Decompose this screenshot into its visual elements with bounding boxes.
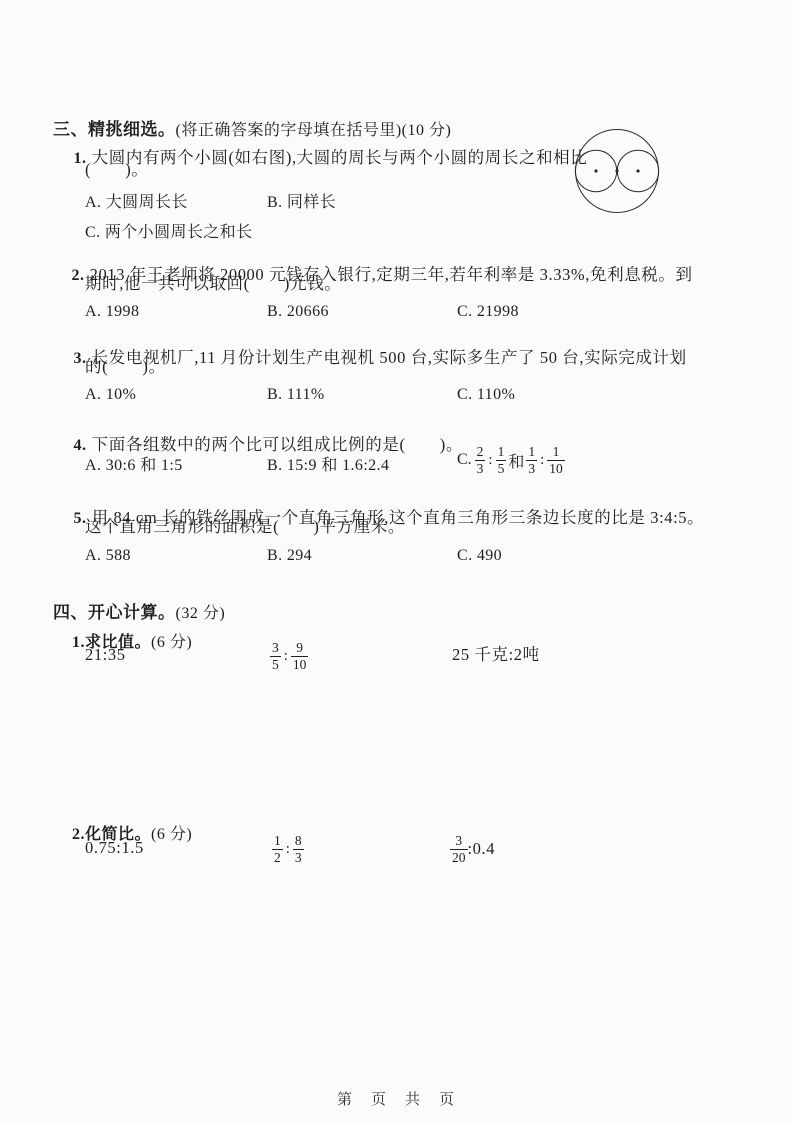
question-3-line-2: 的( )。 <box>85 358 166 377</box>
ratio-rest: :0.4 <box>468 840 496 859</box>
question-2-line-2: 期时,他一共可以取回( )元钱。 <box>85 275 341 294</box>
and-word: 和 <box>506 449 526 472</box>
fraction-1-5: 15 <box>496 444 507 477</box>
fraction-numerator: 9 <box>291 640 309 656</box>
fraction-numerator: 1 <box>547 444 565 460</box>
fraction-numerator: 2 <box>475 444 486 460</box>
subsection-2-note: (6 分) <box>151 826 192 843</box>
fraction-denominator: 3 <box>526 460 537 477</box>
subsection-1-header: 1.求比值。(6 分) <box>64 611 192 652</box>
center-dot-left <box>594 169 597 172</box>
question-3-option-b: B. 111% <box>267 386 325 404</box>
question-3-text: 长发电视机厂,11 月份计划生产电视机 500 台,实际多生产了 50 台,实际… <box>92 348 687 367</box>
ratio-colon: : <box>537 452 547 469</box>
fraction-1-10: 110 <box>547 444 565 477</box>
fraction-numerator: 1 <box>272 833 283 849</box>
question-3-option-c: C. 110% <box>457 386 515 404</box>
ratio-colon: : <box>281 648 291 665</box>
question-4-option-a: A. 30:6 和 1:5 <box>85 452 183 475</box>
fraction-denominator: 10 <box>547 460 565 477</box>
fraction-numerator: 1 <box>496 444 507 460</box>
question-2-option-b: B. 20666 <box>267 303 329 321</box>
question-1-option-a: A. 大圆周长长 <box>85 189 188 212</box>
center-dot-middle <box>615 169 618 172</box>
question-4-option-b: B. 15:9 和 1.6:2.4 <box>267 452 389 475</box>
ratio-colon: : <box>485 452 495 469</box>
fraction-numerator: 8 <box>293 833 304 849</box>
question-1-option-b: B. 同样长 <box>267 189 336 212</box>
simplify-item-decimal: 0.75:1.5 <box>85 839 144 858</box>
question-2-option-c: C. 21998 <box>457 303 519 321</box>
question-2-option-a: A. 1998 <box>85 303 139 321</box>
question-1-line-2: ( )。 <box>85 161 149 180</box>
option-c-label: C. <box>457 451 472 469</box>
fraction-1-3: 13 <box>526 444 537 477</box>
fraction-denominator: 2 <box>272 849 283 866</box>
fraction-3-20: 320 <box>450 833 468 866</box>
question-3-option-a: A. 10% <box>85 386 136 404</box>
fraction-denominator: 5 <box>496 460 507 477</box>
question-5-line-2: 这个直角三角形的面积是( )平方厘米。 <box>85 518 405 537</box>
fraction-numerator: 1 <box>526 444 537 460</box>
question-1-text: 大圆内有两个小圆(如右图),大圆的周长与两个小圆的周长之和相比 <box>92 148 588 167</box>
simplify-item-mixed: 320 :0.4 <box>450 830 495 868</box>
question-4-option-c: C. 23 : 15 和 13 : 110 <box>457 441 565 479</box>
fraction-denominator: 3 <box>475 460 486 477</box>
question-5-option-a: A. 588 <box>85 547 131 565</box>
fraction-1-2: 12 <box>272 833 283 866</box>
ratio-item-21-35: 21:35 <box>85 646 126 665</box>
question-5-option-b: B. 294 <box>267 547 312 565</box>
fraction-denominator: 5 <box>270 656 281 673</box>
question-5-option-c: C. 490 <box>457 547 502 565</box>
subsection-1-note: (6 分) <box>151 634 192 651</box>
fraction-numerator: 3 <box>450 833 468 849</box>
ratio-item-kg-ton: 25 千克:2吨 <box>452 646 540 665</box>
ratio-item-fractions-1: 35 : 910 <box>270 637 308 675</box>
fraction-9-10: 910 <box>291 640 309 673</box>
ratio-colon: : <box>283 841 293 858</box>
fraction-denominator: 10 <box>291 656 309 673</box>
fraction-denominator: 3 <box>293 849 304 866</box>
simplify-item-fractions: 12 : 83 <box>272 830 304 868</box>
circles-diagram <box>574 128 660 214</box>
fraction-numerator: 3 <box>270 640 281 656</box>
fraction-3-5: 35 <box>270 640 281 673</box>
fraction-denominator: 20 <box>450 849 468 866</box>
question-1-option-c: C. 两个小圆周长之和长 <box>85 219 252 242</box>
question-4-line-1: 4.下面各组数中的两个比可以组成比例的是( )。 <box>64 417 463 455</box>
fraction-2-3: 23 <box>475 444 486 477</box>
fraction-8-3: 83 <box>293 833 304 866</box>
page-footer: 第 页 共 页 <box>0 1088 793 1109</box>
question-2-number: 2. <box>71 267 84 284</box>
center-dot-right <box>636 169 639 172</box>
